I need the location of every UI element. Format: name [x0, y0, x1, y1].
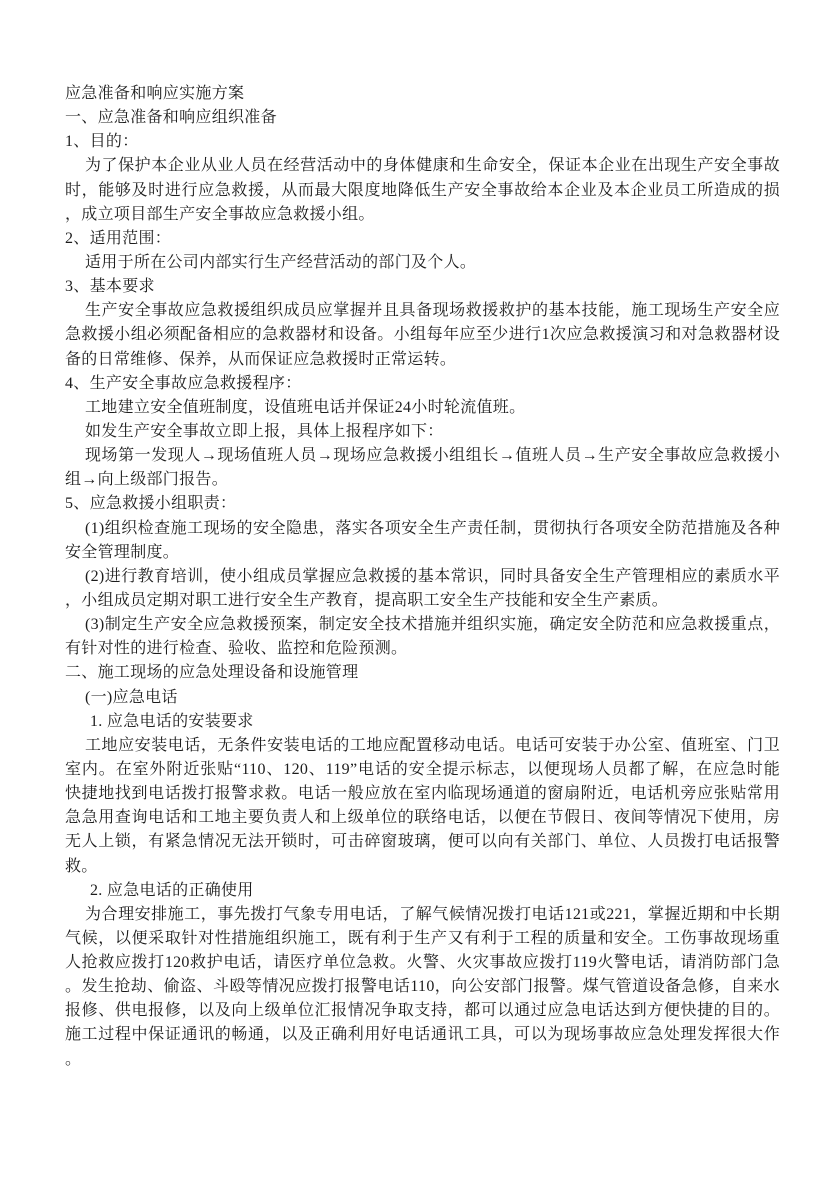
text-line: ，成立项目部生产安全事故应急救援小组。 — [65, 203, 780, 227]
text-line: 备的日常维修、保养，从而保证应急救援时正常运转。 — [65, 348, 780, 372]
text-line: ，小组成员定期对职工进行安全生产教育，提高职工安全生产技能和安全生产素质。 — [65, 589, 780, 613]
text-line: 安全管理制度。 — [65, 541, 780, 565]
text-line: 气候，以便采取针对性措施组织施工，既有利于生产又有利于工程的质量和安全。工伤事故… — [65, 927, 780, 951]
text-line: 1. 应急电话的安装要求 — [65, 710, 780, 734]
text-line: 组→向上级部门报告。 — [65, 468, 780, 492]
text-line: 3、基本要求 — [65, 275, 780, 299]
text-line: (一)应急电话 — [65, 686, 780, 710]
text-line: 5、应急救援小组职责： — [65, 492, 780, 516]
text-line: 适用于所在公司内部实行生产经营活动的部门及个人。 — [65, 251, 780, 275]
text-line: 时，能够及时进行应急救援，从而最大限度地降低生产安全事故给本企业及本企业员工所造… — [65, 179, 780, 203]
text-line: 生产安全事故应急救援组织成员应掌握并且具备现场救援救护的基本技能，施工现场生产安… — [65, 299, 780, 323]
document-text: 应急准备和响应实施方案一、应急准备和响应组织准备1、目的：为了保护本企业从业人员… — [65, 82, 780, 1072]
text-line: 急急用查询电话和工地主要负责人和上级单位的联络电话，以便在节假日、夜间等情况下使… — [65, 806, 780, 830]
text-line: 。 — [65, 1048, 780, 1072]
document-page: 应急准备和响应实施方案一、应急准备和响应组织准备1、目的：为了保护本企业从业人员… — [0, 0, 838, 1186]
text-line: 二、施工现场的应急处理设备和设施管理 — [65, 661, 780, 685]
text-line: 4、生产安全事故应急救援程序： — [65, 372, 780, 396]
text-line: (3)制定生产安全应急救援预案，制定安全技术措施并组织实施，确定安全防范和应急救… — [65, 613, 780, 637]
text-line: 人抢救应拨打120救护电话，请医疗单位急救。火警、火灾事故应拨打119火警电话，… — [65, 951, 780, 975]
text-line: 一、应急准备和响应组织准备 — [65, 106, 780, 130]
text-line: 工地应安装电话，无条件安装电话的工地应配置移动电话。电话可安装于办公室、值班室、… — [65, 734, 780, 758]
text-line: 现场第一发现人→现场值班人员→现场应急救援小组组长→值班人员→生产安全事故应急救… — [65, 444, 780, 468]
text-line: 快捷地找到电话拨打报警求救。电话一般应放在室内临现场通道的窗扇附近，电话机旁应张… — [65, 782, 780, 806]
text-line: 2. 应急电话的正确使用 — [65, 879, 780, 903]
text-line: (1)组织检查施工现场的安全隐患，落实各项安全生产责任制，贯彻执行各项安全防范措… — [65, 517, 780, 541]
text-line: (2)进行教育培训，使小组成员掌握应急救援的基本常识，同时具备安全生产管理相应的… — [65, 565, 780, 589]
text-line: 施工过程中保证通讯的畅通，以及正确利用好电话通讯工具，可以为现场事故应急处理发挥… — [65, 1023, 780, 1047]
text-line: 有针对性的进行检查、验收、监控和危险预测。 — [65, 637, 780, 661]
text-line: 报修、供电报修，以及向上级单位汇报情况争取支持，都可以通过应急电话达到方便快捷的… — [65, 999, 780, 1023]
text-line: 。发生抢劫、偷盗、斗殴等情况应拨打报警电话110，向公安部门报警。煤气管道设备急… — [65, 975, 780, 999]
text-line: 如发生产安全事故立即上报，具体上报程序如下： — [65, 420, 780, 444]
text-line: 为了保护本企业从业人员在经营活动中的身体健康和生命安全，保证本企业在出现生产安全… — [65, 154, 780, 178]
text-line: 应急准备和响应实施方案 — [65, 82, 780, 106]
text-line: 工地建立安全值班制度，设值班电话并保证24小时轮流值班。 — [65, 396, 780, 420]
text-line: 急救援小组必须配备相应的急救器材和设备。小组每年应至少进行1次应急救援演习和对急… — [65, 323, 780, 347]
text-line: 为合理安排施工，事先拨打气象专用电话，了解气候情况拨打电话121或221，掌握近… — [65, 903, 780, 927]
text-line: 无人上锁，有紧急情况无法开锁时，可击碎窗玻璃，便可以向有关部门、单位、人员拨打电… — [65, 830, 780, 854]
text-line: 1、目的： — [65, 130, 780, 154]
text-line: 室内。在室外附近张贴“110、120、119”电话的安全提示标志，以便现场人员都… — [65, 758, 780, 782]
text-line: 2、适用范围： — [65, 227, 780, 251]
text-line: 救。 — [65, 855, 780, 879]
